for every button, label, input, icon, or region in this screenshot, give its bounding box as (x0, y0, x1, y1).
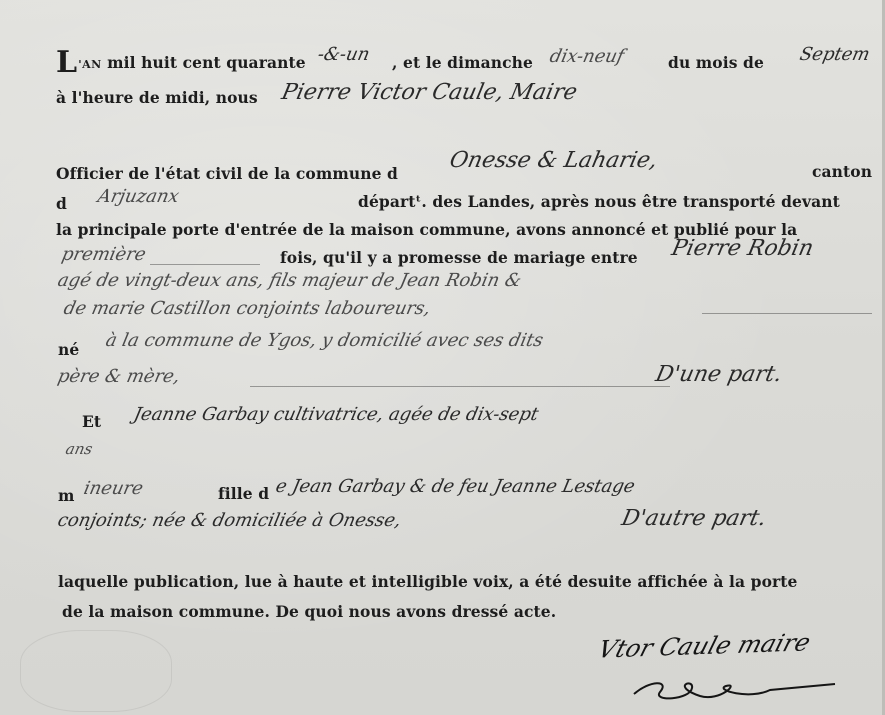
printed-line-2: à l'heure de midi, nous (56, 88, 258, 107)
fill-rule (250, 386, 670, 387)
printed-line-4b: départᵗ. des Landes, après nous être tra… (358, 192, 840, 211)
signature-flourish-icon (630, 678, 840, 702)
printed-line-3: Officier de l'état civil de la commune d (56, 164, 398, 183)
handwritten-groom-line-1: agé de vingt-deux ans, fils majeur de Je… (56, 270, 523, 291)
printed-closing-1: laquelle publication, lue à haute et int… (58, 572, 798, 591)
printed-line-6: fois, qu'il y a promesse de mariage entr… (280, 248, 638, 267)
handwritten-bride-age-unit: ans (64, 440, 94, 458)
dropcap-letter: L (56, 45, 77, 80)
handwritten-bride-side: D'autre part. (619, 506, 768, 531)
handwritten-groom-birth: à la commune de Ygos, y domicilié avec s… (104, 330, 545, 351)
mayor-signature: Vtor Caule maire (595, 628, 814, 663)
handwritten-commune: Onesse & Laharie, (447, 148, 659, 173)
handwritten-bride-name: Jeanne Garbay cultivatrice, agée de dix-… (132, 404, 541, 425)
paper-stain (20, 630, 172, 712)
handwritten-groom-side: D'une part. (653, 362, 784, 387)
handwritten-groom-name: Pierre Robin (669, 236, 815, 261)
handwritten-year-suffix: -&-un (316, 44, 372, 65)
fill-rule (702, 313, 872, 314)
document-page: L'AN mil huit cent quarante -&-un , et l… (0, 0, 885, 715)
printed-line-9: né (58, 340, 79, 359)
handwritten-bride-parents: e Jean Garbay & de feu Jeanne Lestage (274, 476, 637, 497)
fill-rule (150, 264, 260, 265)
printed-canton: canton (812, 162, 872, 181)
printed-line-1b: , et le dimanche (392, 53, 533, 72)
handwritten-bride-status: ineure (82, 478, 145, 499)
printed-closing-2: de la maison commune. De quoi nous avons… (62, 602, 556, 621)
printed-line-1c: du mois de (668, 53, 764, 72)
printed-line-4a: d (56, 194, 67, 213)
handwritten-groom-parents: père & mère, (56, 366, 182, 387)
handwritten-canton: Arjuzanx (96, 186, 181, 207)
handwritten-bride-line-2: conjoints; née & domiciliée à Onesse, (56, 510, 403, 531)
printed-et: Et (82, 412, 101, 431)
handwritten-month: Septem (798, 44, 872, 65)
printed-line-1: L'AN mil huit cent quarante (56, 48, 306, 78)
handwritten-officer-name: Pierre Victor Caule, Maire (279, 80, 579, 105)
printed-line-13a: m (58, 486, 75, 505)
handwritten-groom-line-2: de marie Castillon conjoints laboureurs, (62, 298, 433, 319)
printed-line-13b: fille d (218, 484, 269, 503)
handwritten-day: dix-neuf (548, 46, 626, 67)
handwritten-publication-number: première (60, 244, 148, 265)
